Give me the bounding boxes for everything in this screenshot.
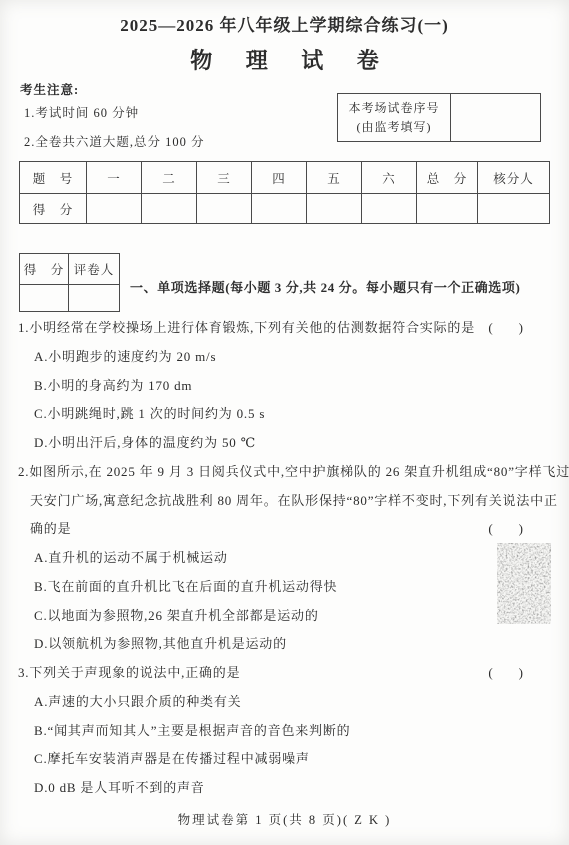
question-stem-line: 2.如图所示,在 2025 年 9 月 3 日阅兵仪式中,空中护旗梯队的 26 … xyxy=(18,458,569,487)
room-serial-label-line2: (由监考填写) xyxy=(357,118,432,137)
notice-total-score: 2.全卷共六道大题,总分 100 分 xyxy=(24,132,205,150)
grader-box-score-label: 得 分 xyxy=(20,254,69,285)
option-C: C.摩托车安装消声器是在传播过程中减弱噪声 xyxy=(18,745,569,774)
score-table-blank-cell[interactable] xyxy=(252,194,307,224)
option-A: A.小明跑步的速度约为 20 m/s xyxy=(18,343,569,372)
answer-bracket[interactable]: ( ) xyxy=(488,314,523,343)
score-table-header-cell: 核分人 xyxy=(478,162,550,194)
score-table-header-cell: 四 xyxy=(252,162,307,194)
room-serial-label: 本考场试卷序号 (由监考填写) xyxy=(338,94,451,141)
score-summary-table: 题 号一二三四五六总 分核分人得 分 xyxy=(19,161,550,224)
stem-text: 天安门广场,寓意纪念抗战胜利 80 周年。在队形保持“80”字样不变时,下列有关… xyxy=(30,493,558,508)
score-table-blank-cell[interactable] xyxy=(417,194,478,224)
option-A: A.声速的大小只跟介质的种类有关 xyxy=(18,688,569,717)
score-table-header-cell: 一 xyxy=(87,162,142,194)
section-1-heading: 一、单项选择题(每小题 3 分,共 24 分。每小题只有一个正确选项) xyxy=(130,277,560,296)
questions-area: 1.小明经常在学校操场上进行体育锻炼,下列有关他的估测数据符合实际的是( )A.… xyxy=(18,314,569,803)
score-table-blank-cell[interactable] xyxy=(362,194,417,224)
option-C: C.小明跳绳时,跳 1 次的时间约为 0.5 s xyxy=(18,400,569,429)
grader-box-grader-label: 评卷人 xyxy=(69,254,120,285)
notice-label: 考生注意: xyxy=(20,80,79,98)
stem-text: 1.小明经常在学校操场上进行体育锻炼,下列有关他的估测数据符合实际的是 xyxy=(18,320,475,335)
score-table-blank-cell[interactable] xyxy=(197,194,252,224)
question-2: 2.如图所示,在 2025 年 9 月 3 日阅兵仪式中,空中护旗梯队的 26 … xyxy=(18,458,569,659)
score-table-header-cell: 题 号 xyxy=(20,162,87,194)
score-table-row-label: 得 分 xyxy=(20,194,87,224)
question-stem-line: 确的是( ) xyxy=(18,515,569,544)
exam-page: 2025—2026 年八年级上学期综合练习(一) 物 理 试 卷 考生注意: 1… xyxy=(0,0,569,845)
paper-title: 物 理 试 卷 xyxy=(0,44,569,75)
helicopter-formation-photo xyxy=(497,543,551,624)
option-B: B.飞在前面的直升机比飞在后面的直升机运动得快 xyxy=(18,573,569,602)
exam-session-title: 2025—2026 年八年级上学期综合练习(一) xyxy=(0,11,569,36)
option-C: C.以地面为参照物,26 架直升机全部都是运动的 xyxy=(18,602,569,631)
exam-room-serial-box: 本考场试卷序号 (由监考填写) xyxy=(337,93,541,142)
page-footer: 物理试卷第 1 页(共 8 页)( Z K ) xyxy=(0,810,569,828)
score-table-blank-cell[interactable] xyxy=(478,194,550,224)
room-serial-blank-cell[interactable] xyxy=(451,94,540,141)
option-A: A.直升机的运动不属于机械运动 xyxy=(18,544,569,573)
stem-text: 确的是 xyxy=(30,521,71,536)
question-stem-line: 3.下列关于声现象的说法中,正确的是( ) xyxy=(18,659,569,688)
grader-box-score-blank[interactable] xyxy=(20,285,69,312)
score-table-header-cell: 六 xyxy=(362,162,417,194)
question-1: 1.小明经常在学校操场上进行体育锻炼,下列有关他的估测数据符合实际的是( )A.… xyxy=(18,314,569,458)
score-table-blank-cell[interactable] xyxy=(142,194,197,224)
stem-text: 2.如图所示,在 2025 年 9 月 3 日阅兵仪式中,空中护旗梯队的 26 … xyxy=(18,464,569,479)
question-3: 3.下列关于声现象的说法中,正确的是( )A.声速的大小只跟介质的种类有关B.“… xyxy=(18,659,569,803)
room-serial-label-line1: 本考场试卷序号 xyxy=(348,99,439,118)
answer-bracket[interactable]: ( ) xyxy=(488,515,523,544)
question-stem-line: 1.小明经常在学校操场上进行体育锻炼,下列有关他的估测数据符合实际的是( ) xyxy=(18,314,569,343)
notice-exam-duration: 1.考试时间 60 分钟 xyxy=(24,103,139,121)
option-D: D.小明出汗后,身体的温度约为 50 ℃ xyxy=(18,429,569,458)
option-B: B.小明的身高约为 170 dm xyxy=(18,372,569,401)
option-D: D.以领航机为参照物,其他直升机是运动的 xyxy=(18,630,569,659)
option-D: D.0 dB 是人耳听不到的声音 xyxy=(18,774,569,803)
option-B: B.“闻其声而知其人”主要是根据声音的音色来判断的 xyxy=(18,717,569,746)
grader-box-grader-blank[interactable] xyxy=(69,285,120,312)
question-stem-line: 天安门广场,寓意纪念抗战胜利 80 周年。在队形保持“80”字样不变时,下列有关… xyxy=(18,487,569,516)
score-table-header-cell: 五 xyxy=(307,162,362,194)
score-table-header-cell: 三 xyxy=(197,162,252,194)
score-table-blank-cell[interactable] xyxy=(307,194,362,224)
score-table-header-cell: 总 分 xyxy=(417,162,478,194)
grader-score-box: 得 分 评卷人 xyxy=(19,253,120,312)
stem-text: 3.下列关于声现象的说法中,正确的是 xyxy=(18,665,240,680)
score-table-blank-cell[interactable] xyxy=(87,194,142,224)
score-table-header-cell: 二 xyxy=(142,162,197,194)
answer-bracket[interactable]: ( ) xyxy=(488,659,523,688)
